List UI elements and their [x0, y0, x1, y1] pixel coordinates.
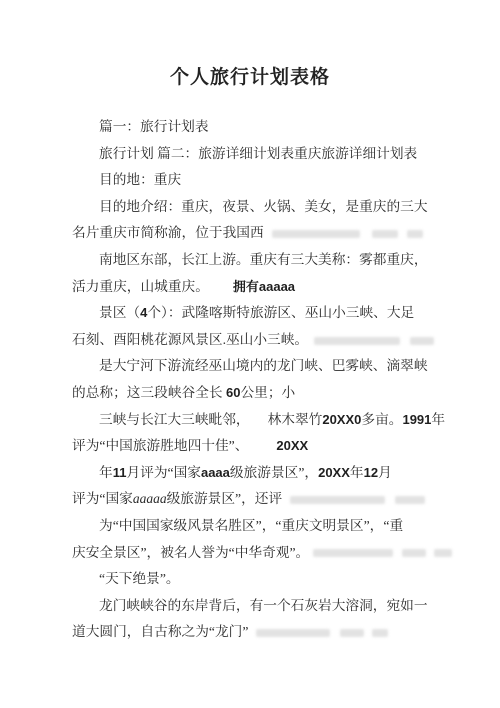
spacer: [250, 423, 268, 424]
spacer: [248, 635, 256, 636]
text-line: 目的地：重庆: [72, 167, 500, 194]
faded-text-remnant: [410, 337, 434, 345]
text-segment: 级旅游景区”，还评: [167, 491, 283, 506]
faded-text-remnant: [314, 337, 400, 345]
spacer: [398, 236, 407, 237]
text-line: 是大宁河下游流经巫山境内的龙门峡、巴雾峡、滴翠峡: [72, 353, 500, 380]
text-segment: 月评为“国家: [126, 465, 201, 480]
spacer: [264, 236, 272, 237]
text-line: 篇一：旅行计划表: [72, 114, 500, 141]
text-line: 活力重庆，山城重庆。拥有aaaaa: [72, 274, 500, 301]
spacer: [209, 290, 233, 291]
text-segment: 12: [364, 465, 378, 480]
spacer: [364, 635, 372, 636]
spacer: [400, 343, 410, 344]
text-segment: 景区（: [99, 305, 140, 320]
text-line: 年11月评为“国家aaaa级旅游景区”，20XX年12月: [72, 460, 500, 487]
text-segment: aaaaa: [133, 491, 167, 506]
text-line: 庆安全景区”，被名人誉为“中华奇观”。: [72, 540, 500, 567]
faded-text-remnant: [434, 549, 452, 557]
text-segment: 评为“中国旅游胜地四十佳”、: [72, 438, 248, 453]
text-line: 目的地介绍：重庆，夜景、火锅、美女，是重庆的三大: [72, 194, 500, 221]
text-segment: 1991: [402, 412, 431, 427]
text-segment: 活力重庆，山城重庆。: [72, 279, 209, 294]
text-line: 景区（4个）：武隆喀斯特旅游区、巫山小三峡、大足: [72, 300, 500, 327]
text-segment: “天下绝景”。: [99, 571, 180, 586]
text-segment: 20XX: [276, 438, 308, 453]
text-segment: 旅行计划 篇二：旅游详细计划表重庆旅游详细计划表: [99, 146, 417, 161]
text-segment: 林木翠竹: [268, 412, 323, 427]
text-line: 为“中国国家级风景名胜区”，“重庆文明景区”，“重: [72, 513, 500, 540]
document-page: 个人旅行计划表格 篇一：旅行计划表旅行计划 篇二：旅游详细计划表重庆旅游详细计划…: [0, 0, 500, 708]
text-segment: 的总称；这三段峡谷全长: [72, 385, 226, 400]
spacer: [282, 502, 290, 503]
text-segment: 多亩。: [361, 412, 402, 427]
text-line: 石刻、酉阳桃花源风景区.巫山小三峡。: [72, 327, 500, 354]
text-line: 的总称；这三段峡谷全长 60公里；小: [72, 380, 500, 407]
text-segment: 评为“国家: [72, 491, 133, 506]
text-segment: 目的地介绍：重庆，夜景、火锅、美女，是重庆的三大: [99, 199, 428, 214]
faded-text-remnant: [372, 230, 398, 238]
text-segment: 年: [431, 412, 445, 427]
text-line: 评为“中国旅游胜地四十佳”、20XX: [72, 433, 500, 460]
faded-text-remnant: [272, 230, 360, 238]
faded-text-remnant: [395, 496, 425, 504]
text-segment: 石刻、酉阳桃花源风景区.巫山小三峡。: [72, 332, 308, 347]
document-body: 篇一：旅行计划表旅行计划 篇二：旅游详细计划表重庆旅游详细计划表目的地：重庆目的…: [72, 114, 500, 646]
spacer: [426, 556, 434, 557]
spacer: [393, 556, 402, 557]
faded-text-remnant: [256, 629, 330, 637]
text-segment: 为“中国国家级风景名胜区”，“重庆文明景区”，“重: [99, 518, 403, 533]
text-segment: 拥有aaaaa: [233, 279, 295, 294]
document-title: 个人旅行计划表格: [0, 62, 500, 89]
text-line: “天下绝景”。: [72, 566, 500, 593]
text-segment: 篇一：旅行计划表: [99, 119, 209, 134]
text-line: 旅行计划 篇二：旅游详细计划表重庆旅游详细计划表: [72, 141, 500, 168]
text-segment: 公里；小: [240, 385, 295, 400]
spacer: [385, 502, 395, 503]
text-segment: 月: [378, 465, 392, 480]
text-segment: 目的地：重庆: [99, 172, 181, 187]
text-segment: 个）：武隆喀斯特旅游区、巫山小三峡、大足: [147, 305, 414, 320]
text-line: 南地区东部，长江上游。重庆有三大美称：雾都重庆，: [72, 247, 500, 274]
text-line: 三峡与长江大三峡毗邻，林木翠竹20XX0多亩。1991年: [72, 407, 500, 434]
text-line: 龙门峡峡谷的东岸背后，有一个石灰岩大溶洞，宛如一: [72, 593, 500, 620]
text-segment: 是大宁河下游流经巫山境内的龙门峡、巴雾峡、滴翠峡: [99, 358, 428, 373]
faded-text-remnant: [340, 629, 364, 637]
text-segment: 20XX0: [322, 412, 361, 427]
text-line: 评为“国家aaaaa级旅游景区”，还评: [72, 486, 500, 513]
text-segment: 龙门峡峡谷的东岸背后，有一个石灰岩大溶洞，宛如一: [99, 598, 428, 613]
spacer: [248, 449, 276, 450]
text-line: 名片重庆市简称渝，位于我国西: [72, 220, 500, 247]
text-segment: 名片重庆市简称渝，位于我国西: [72, 225, 264, 240]
faded-text-remnant: [372, 629, 388, 637]
text-segment: 60: [226, 385, 240, 400]
faded-text-remnant: [290, 496, 385, 504]
text-line: 道大圆门，自古称之为“龙门”: [72, 619, 500, 646]
text-segment: 年: [99, 465, 113, 480]
text-segment: 南地区东部，长江上游。重庆有三大美称：雾都重庆，: [99, 252, 428, 267]
faded-text-remnant: [407, 230, 423, 238]
text-segment: 11: [113, 465, 127, 480]
faded-text-remnant: [402, 549, 426, 557]
text-segment: 庆安全景区”，被名人誉为“中华奇观”。: [72, 545, 309, 560]
spacer: [360, 236, 372, 237]
text-segment: aaaa: [201, 465, 230, 480]
faded-text-remnant: [313, 549, 393, 557]
spacer: [330, 635, 340, 636]
text-segment: 三峡与长江大三峡毗邻，: [99, 412, 250, 427]
text-segment: 级旅游景区”，: [230, 465, 318, 480]
text-segment: 20XX: [318, 465, 350, 480]
text-segment: 道大圆门，自古称之为“龙门”: [72, 624, 248, 639]
text-segment: 年: [350, 465, 364, 480]
